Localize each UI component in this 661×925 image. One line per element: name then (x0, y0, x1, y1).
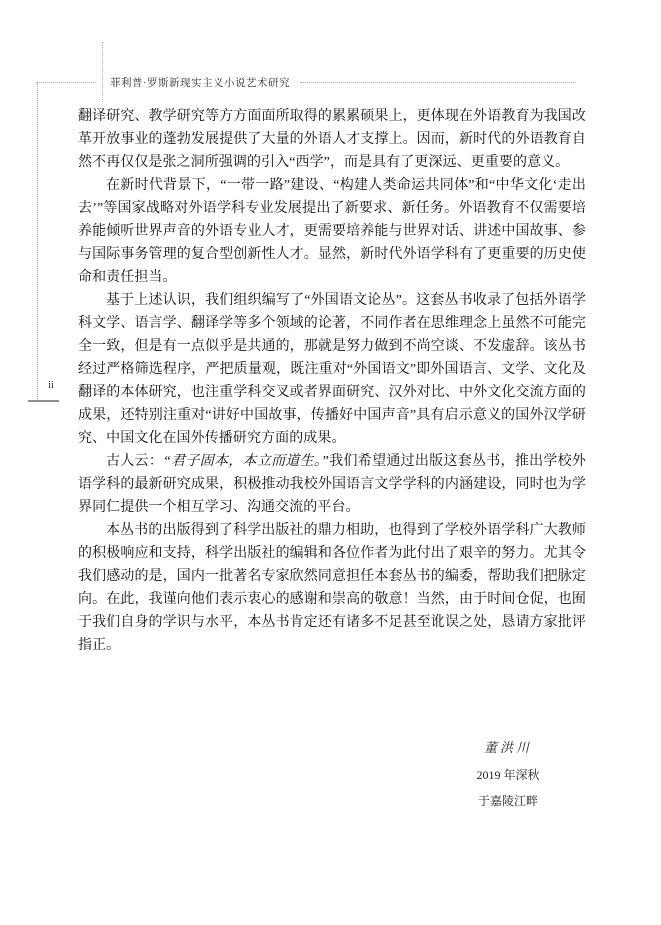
header-dotted-rule-right (300, 82, 576, 83)
classical-quote: “君子固本，本立而道生。” (163, 454, 329, 469)
paragraph-5: 本丛书的出版得到了科学出版社的鼎力相助，也得到了学校外语学科广大教师的积极响应和… (78, 519, 586, 657)
header-dotted-rule-left (36, 82, 96, 83)
running-title: 菲利普·罗斯新现实主义小说艺术研究 (110, 75, 290, 90)
paragraph-2: 在新时代背景下，“一带一路”建设、“构建人类命运共同体”和“中华文化‘走出去’”… (78, 174, 586, 289)
margin-vertical-dotted-rule (37, 83, 38, 399)
running-head: 菲利普·罗斯新现实主义小说艺术研究 (36, 72, 576, 92)
book-page: 菲利普·罗斯新现实主义小说艺术研究 ii 翻译研究、教学研究等方方面面所取得的累… (0, 0, 661, 925)
body-text-column: 翻译研究、教学研究等方方面面所取得的累累硕果上，更体现在外语教育为我国改革开放事… (78, 105, 586, 657)
page-number: ii (40, 380, 62, 391)
signature-block: 董洪川 2019 年深秋 于嘉陵江畔 (430, 735, 586, 815)
paragraph-4-prefix: 古人云： (106, 454, 163, 469)
signature-author: 董洪川 (430, 735, 586, 762)
signature-date: 2019 年深秋 (430, 762, 586, 789)
paragraph-1: 翻译研究、教学研究等方方面面所取得的累累硕果上，更体现在外语教育为我国改革开放事… (78, 105, 586, 174)
signature-place: 于嘉陵江畔 (430, 788, 586, 815)
page-number-rule (28, 400, 59, 402)
paragraph-3: 基于上述认识，我们组织编写了“外国语文论丛”。这套丛书收录了包括外语学科文学、语… (78, 289, 586, 450)
paragraph-4: 古人云：“君子固本，本立而道生。”我们希望通过出版这套丛书，推出学校外语学科的最… (78, 450, 586, 519)
